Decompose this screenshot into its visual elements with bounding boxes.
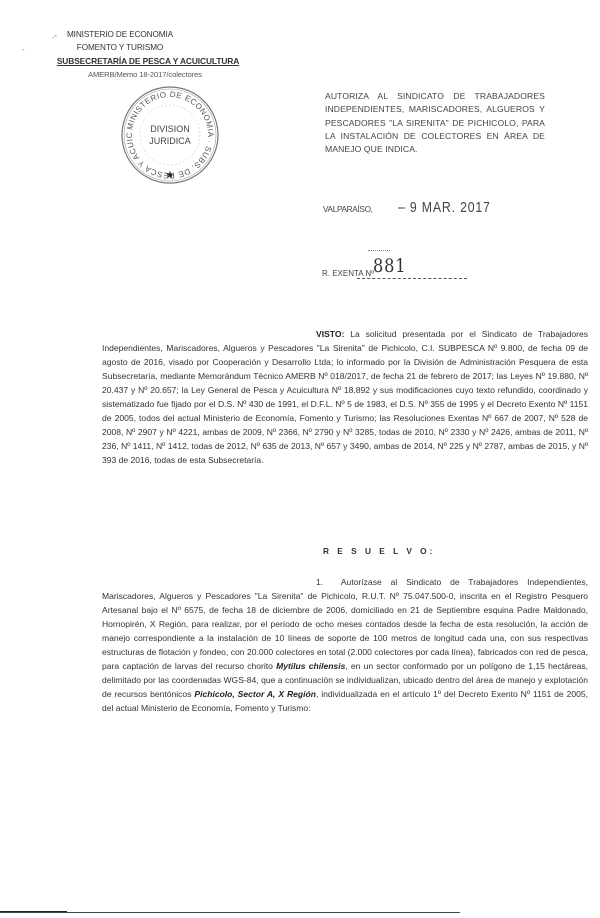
resuelvo-heading: R E S U E L V O:: [323, 546, 435, 556]
city: VALPARAÍSO,: [323, 205, 373, 214]
resolution-number-underline: [357, 278, 467, 279]
species-name: Mytilus chilensis: [276, 661, 345, 671]
visto-text: La solicitud presentada por el Sindicato…: [102, 329, 588, 465]
ministry-name-line2: FOMENTO Y TURISMO: [30, 43, 210, 52]
juridical-division-stamp: MINISTERIO DE ECONOMIA · SUBS. DE PESCA …: [118, 83, 222, 187]
article-1: 1. Autorízase al Sindicato de Trabajador…: [102, 575, 588, 715]
resolution-subject: AUTORIZA AL SINDICATO DE TRABAJADORES IN…: [325, 90, 545, 156]
stamp-seal-icon: MINISTERIO DE ECONOMIA · SUBS. DE PESCA …: [118, 83, 222, 187]
scan-mark: -: [22, 45, 25, 54]
divider: [368, 250, 390, 251]
resolution-label: R. EXENTA Nº: [322, 269, 374, 278]
document-reference: AMERB/Memo 18-2017/colectores: [60, 70, 230, 79]
visto-paragraph: VISTO: La solicitud presentada por el Si…: [102, 327, 588, 467]
undersecretariat-name: SUBSECRETARÍA DE PESCA Y ACUICULTURA: [48, 56, 248, 66]
footer-rule: [0, 912, 460, 913]
date-stamp: – 9 MAR. 2017: [398, 199, 491, 216]
svg-text:DIVISION: DIVISION: [150, 124, 190, 134]
area-name: Pichicolo, Sector A, X Región: [194, 689, 316, 699]
article-text: Autorízase al Sindicato de Trabajadores …: [102, 577, 588, 671]
ministry-name: MINISTERIO DE ECONOMIA: [30, 30, 210, 39]
article-number: 1.: [316, 577, 323, 587]
resolution-number: 881: [373, 255, 406, 277]
svg-text:JURIDICA: JURIDICA: [149, 136, 191, 146]
svg-text:★: ★: [166, 170, 175, 181]
visto-heading: VISTO:: [316, 329, 344, 339]
